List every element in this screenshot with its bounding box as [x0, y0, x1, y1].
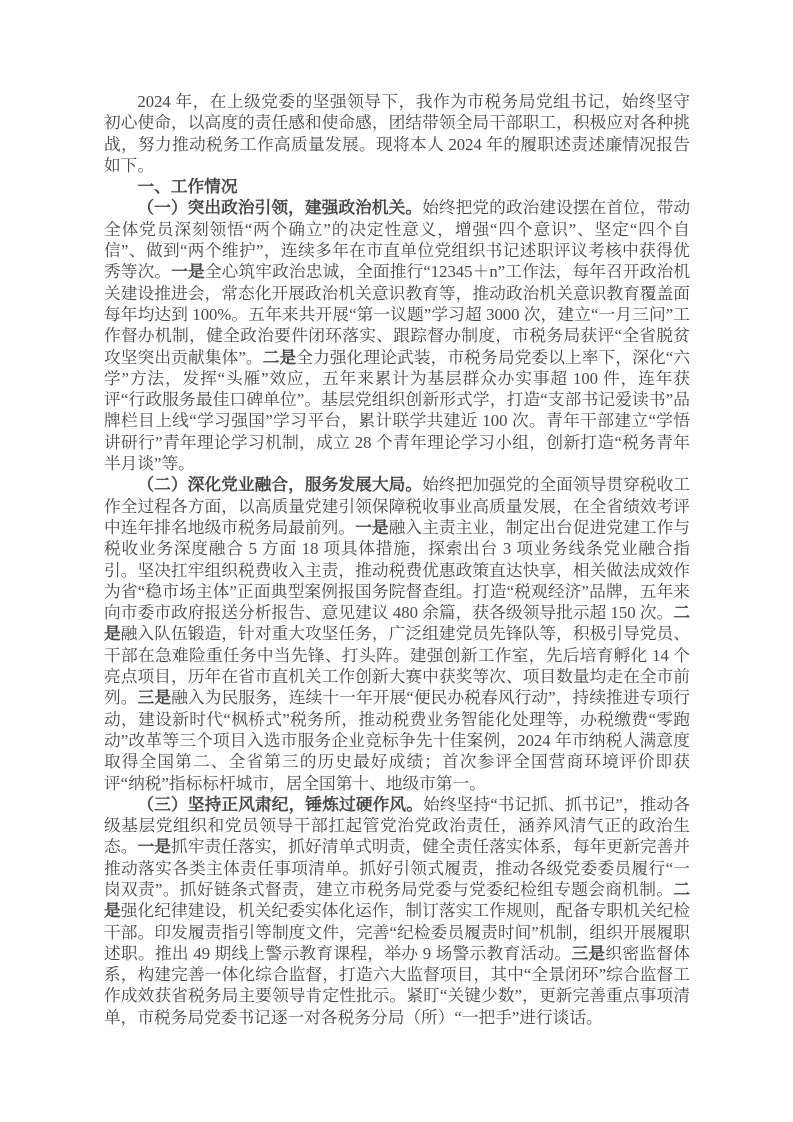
document-page: 2024 年，在上级党委的坚强领导下，我作为市税务局党组书记，始终坚守初心使命，… [0, 0, 793, 1122]
bold-lead-text: 二是 [263, 348, 297, 367]
paragraph-section-3: （三）坚持正风肃纪，锤炼过硬作风。始终坚持“书记抓、抓书记”，推动各级基层党组织… [104, 794, 690, 1028]
body-text: 抓牢责任落实，抓好清单式明责，健全责任落实体系，每年更新完善并推动落实各类主体责… [104, 837, 690, 899]
bold-lead-text: 三是 [571, 944, 605, 963]
document-body: 2024 年，在上级党委的坚强领导下，我作为市税务局党组书记，始终坚守初心使命，… [104, 91, 690, 1028]
bold-lead-text: （三）坚持正风肃纪，锤炼过硬作风。 [137, 795, 423, 814]
bold-lead-text: 一、工作情况 [137, 177, 237, 196]
intro-paragraph: 2024 年，在上级党委的坚强领导下，我作为市税务局党组书记，始终坚守初心使命，… [104, 91, 690, 176]
bold-lead-text: 三是 [138, 688, 172, 707]
section-heading-work: 一、工作情况 [104, 176, 690, 197]
bold-lead-text: 一是 [138, 837, 172, 856]
paragraph-section-2: （二）深化党业融合，服务发展大局。始终把加强党的全面领导贯穿税收工作全过程各方面… [104, 474, 690, 793]
bold-lead-text: 一是 [355, 518, 389, 537]
body-text: 融入为民服务，连续十一年开展“便民办税春风行动”，持续推进专项行动，建设新时代“… [104, 688, 690, 792]
paragraph-section-1: （一）突出政治引领，建强政治机关。始终把党的政治建设摆在首位，带动全体党员深刻领… [104, 197, 690, 474]
bold-lead-text: （二）深化党业融合，服务发展大局。 [137, 475, 422, 494]
body-text: 2024 年，在上级党委的坚强领导下，我作为市税务局党组书记，始终坚守初心使命，… [104, 92, 690, 175]
bold-lead-text: （一）突出政治引领，建强政治机关。 [137, 198, 422, 217]
bold-lead-text: 一是 [171, 262, 205, 281]
